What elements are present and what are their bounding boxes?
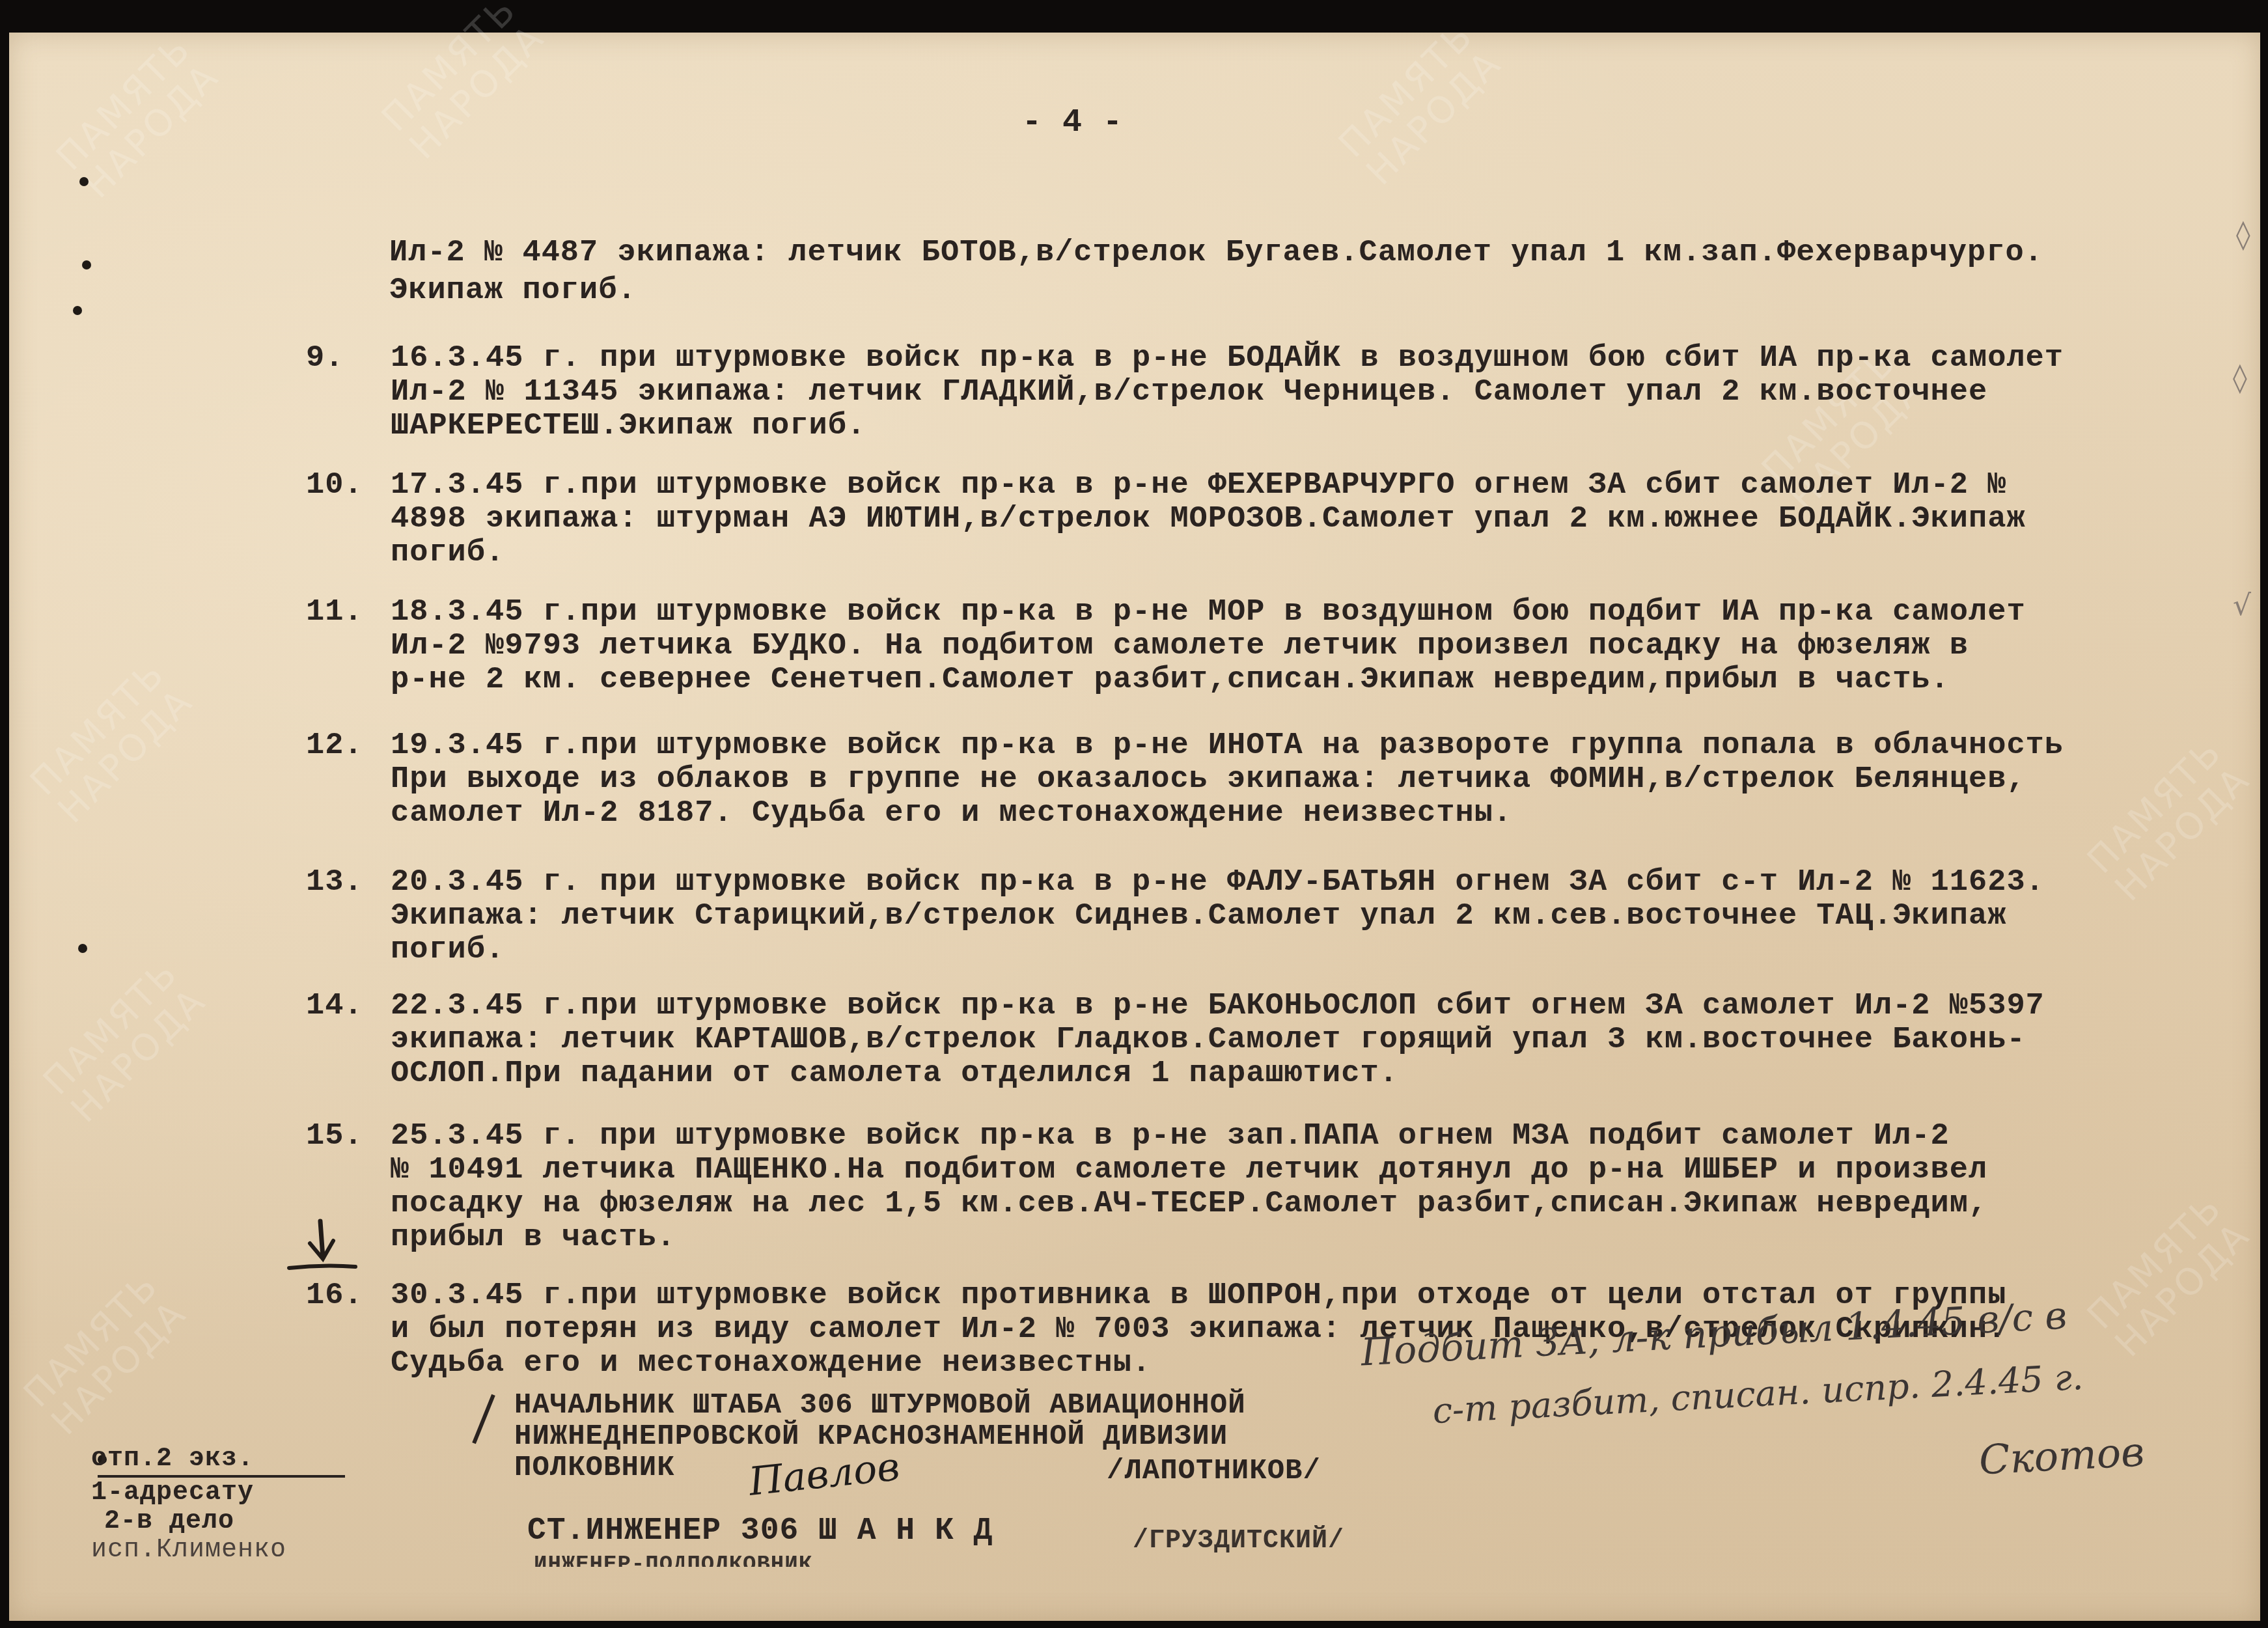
entry-line: Ил-2 №9793 летчика БУДКО. На подбитом са… [391, 629, 2259, 663]
entry-line: погиб. [391, 933, 2259, 967]
entry-number: 11. [306, 596, 384, 629]
entry-body: 17.3.45 г.при штурмовке войск пр-ка в р-… [391, 469, 2259, 570]
down-arrow-icon [286, 1217, 358, 1276]
entry-line: При выходе из облаков в группе не оказал… [391, 763, 2259, 797]
report-entry-10: 10. 17.3.45 г.при штурмовке войск пр-ка … [306, 469, 2259, 570]
distribution-note: отп.2 экз. 1-адресату 2-в дело исп.Климе… [91, 1445, 345, 1565]
entry-line: ОСЛОП.При падании от самолета отделился … [391, 1057, 2259, 1091]
distribution-line: отп.2 экз. [91, 1445, 345, 1474]
entry-line: 18.3.45 г.при штурмовке войск пр-ка в р-… [391, 596, 2259, 629]
handwritten-signature: Скотов [1978, 1428, 2145, 1483]
continuation-paragraph: Ил-2 № 4487 экипажа: летчик БОТОВ,в/стре… [389, 234, 2251, 310]
entry-line: 25.3.45 г. при штурмовке войск пр-ка в р… [391, 1120, 2259, 1153]
entry-number: 14. [306, 989, 384, 1023]
distribution-line: 2-в дело [91, 1508, 345, 1536]
entry-number: 15. [306, 1120, 384, 1153]
signature-title-line: НАЧАЛЬНИК ШТАБА 306 ШТУРМОВОЙ АВИАЦИОННО… [514, 1390, 1246, 1421]
entry-line: посадку на фюзеляж на лес 1,5 км.сев.АЧ-… [391, 1187, 2259, 1221]
entry-body: 18.3.45 г.при штурмовке войск пр-ка в р-… [391, 596, 2259, 697]
entry-body: 20.3.45 г. при штурмовке войск пр-ка в р… [391, 866, 2259, 967]
punch-hole [73, 306, 82, 315]
entry-number: 12. [306, 729, 384, 763]
pencil-check-mark: ◊ [2233, 361, 2247, 394]
entry-line: 22.3.45 г.при штурмовке войск пр-ка в р-… [391, 989, 2259, 1023]
entry-line: прибыл в часть. [391, 1221, 2259, 1255]
engineer-title: СТ.ИНЖЕНЕР 306 Ш А Н К Д [527, 1513, 993, 1549]
entry-line: экипажа: летчик КАРТАШОВ,в/стрелок Гладк… [391, 1023, 2259, 1057]
report-entry-11: 11. 18.3.45 г.при штурмовке войск пр-ка … [306, 596, 2259, 697]
pencil-check-mark: √ [2233, 589, 2251, 622]
entry-line: Экипажа: летчик Старицкий,в/стрелок Сидн… [391, 900, 2259, 933]
report-entry-13: 13. 20.3.45 г. при штурмовке войск пр-ка… [306, 866, 2259, 967]
entry-line: р-не 2 км. севернее Сенетчеп.Самолет раз… [391, 663, 2259, 697]
entry-line: 17.3.45 г.при штурмовке войск пр-ка в р-… [391, 469, 2259, 503]
pencil-check-mark: ◊ [2236, 218, 2250, 251]
page-number: - 4 - [1022, 104, 1123, 141]
entry-line: 16.3.45 г. при штурмовке войск пр-ка в р… [391, 342, 2259, 376]
punch-hole [82, 260, 91, 269]
entry-number: 9. [306, 342, 384, 376]
entry-line: № 10491 летчика ПАЩЕНКО.На подбитом само… [391, 1153, 2259, 1187]
distribution-line: исп.Клименко [91, 1536, 345, 1565]
continuation-line: Экипаж погиб. [389, 272, 2251, 310]
entry-body: 25.3.45 г. при штурмовке войск пр-ка в р… [391, 1120, 2259, 1255]
punch-hole [79, 177, 89, 186]
engineer-name: /ГРУЗДИТСКИЙ/ [1133, 1526, 1344, 1556]
entry-line: ШАРКЕРЕСТЕШ.Экипаж погиб. [391, 409, 2259, 443]
report-entry-15: 15. 25.3.45 г. при штурмовке войск пр-ка… [306, 1120, 2259, 1255]
entry-number: 13. [306, 866, 384, 900]
entry-line: Ил-2 № 11345 экипажа: летчик ГЛАДКИЙ,в/с… [391, 376, 2259, 409]
continuation-line: Ил-2 № 4487 экипажа: летчик БОТОВ,в/стре… [389, 234, 2251, 272]
entry-body: 22.3.45 г.при штурмовке войск пр-ка в р-… [391, 989, 2259, 1091]
entry-line: 19.3.45 г.при штурмовке войск пр-ка в р-… [391, 729, 2259, 763]
entry-body: 16.3.45 г. при штурмовке войск пр-ка в р… [391, 342, 2259, 443]
punch-hole [78, 944, 87, 953]
report-entry-9: 9. 16.3.45 г. при штурмовке войск пр-ка … [306, 342, 2259, 443]
signatory-name: /ЛАПОТНИКОВ/ [1107, 1455, 1321, 1487]
scan-frame: ПАМЯТЬ НАРОДА ПАМЯТЬ НАРОДА ПАМЯТЬ НАРОД… [0, 0, 2268, 1628]
entry-number: 16. [306, 1279, 384, 1313]
engineer-rank: ИНЖЕНЕР-ПОДПОЛКОВНИК [534, 1552, 812, 1567]
entry-line: погиб. [391, 536, 2259, 570]
divider [98, 1475, 345, 1478]
report-entry-12: 12. 19.3.45 г.при штурмовке войск пр-ка … [306, 729, 2259, 831]
entry-line: 4898 экипажа: штурман АЭ ИЮТИН,в/стрелок… [391, 503, 2259, 536]
entry-body: 19.3.45 г.при штурмовке войск пр-ка в р-… [391, 729, 2259, 831]
entry-line: самолет Ил-2 8187. Судьба его и местонах… [391, 797, 2259, 831]
entry-line: 20.3.45 г. при штурмовке войск пр-ка в р… [391, 866, 2259, 900]
entry-number: 10. [306, 469, 384, 503]
report-entry-14: 14. 22.3.45 г.при штурмовке войск пр-ка … [306, 989, 2259, 1091]
distribution-line: 1-адресату [91, 1479, 345, 1508]
